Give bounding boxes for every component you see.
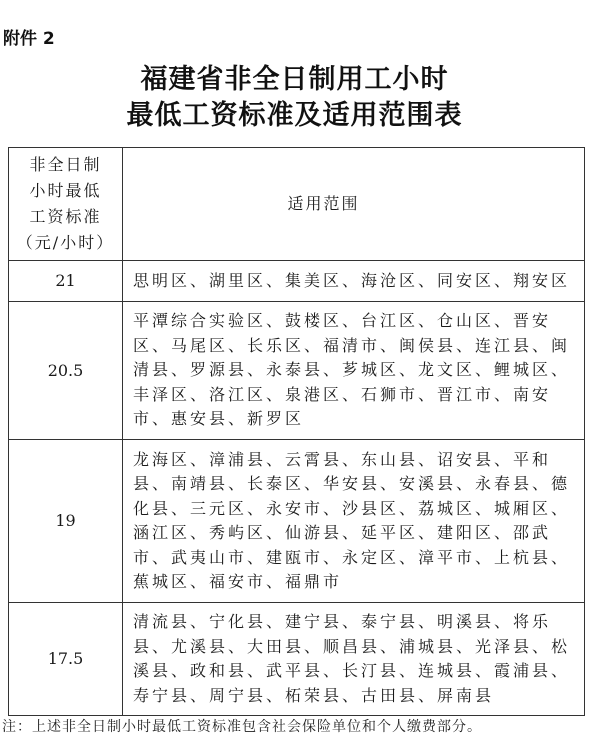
rate-cell: 17.5 xyxy=(9,603,123,716)
header-rate-line: 小时最低 xyxy=(9,178,122,204)
rate-cell: 21 xyxy=(9,261,123,302)
document-title-line-2: 最低工资标准及适用范围表 xyxy=(0,93,589,132)
document-title-line-1: 福建省非全日制用工小时 xyxy=(0,57,589,96)
areas-cell: 龙海区、漳浦县、云霄县、东山县、诏安县、平和县、南靖县、长泰区、华安县、安溪县、… xyxy=(123,440,585,603)
header-rate-line: （元/小时） xyxy=(9,230,122,256)
table-header-row: 非全日制 小时最低 工资标准 （元/小时） 适用范围 xyxy=(9,148,585,261)
footnote: 注：上述非全日制小时最低工资标准包含社会保险单位和个人缴费部分。 xyxy=(2,716,482,736)
minimum-wage-table: 非全日制 小时最低 工资标准 （元/小时） 适用范围 21 思明区、湖里区、集美… xyxy=(8,147,585,716)
table-row: 20.5 平潭综合实验区、鼓楼区、台江区、仓山区、晋安区、马尾区、长乐区、福清市… xyxy=(9,302,585,440)
rate-cell: 19 xyxy=(9,440,123,603)
table-row: 21 思明区、湖里区、集美区、海沧区、同安区、翔安区 xyxy=(9,261,585,302)
areas-cell: 思明区、湖里区、集美区、海沧区、同安区、翔安区 xyxy=(123,261,585,302)
header-rate-line: 非全日制 xyxy=(9,152,122,178)
attachment-label: 附件 2 xyxy=(3,24,55,49)
areas-cell: 平潭综合实验区、鼓楼区、台江区、仓山区、晋安区、马尾区、长乐区、福清市、闽侯县、… xyxy=(123,302,585,440)
header-scope-column: 适用范围 xyxy=(123,148,585,261)
header-rate-line: 工资标准 xyxy=(9,204,122,230)
header-rate-column: 非全日制 小时最低 工资标准 （元/小时） xyxy=(9,148,123,261)
areas-cell: 清流县、宁化县、建宁县、泰宁县、明溪县、将乐县、尤溪县、大田县、顺昌县、浦城县、… xyxy=(123,603,585,716)
table-row: 17.5 清流县、宁化县、建宁县、泰宁县、明溪县、将乐县、尤溪县、大田县、顺昌县… xyxy=(9,603,585,716)
rate-cell: 20.5 xyxy=(9,302,123,440)
table-row: 19 龙海区、漳浦县、云霄县、东山县、诏安县、平和县、南靖县、长泰区、华安县、安… xyxy=(9,440,585,603)
